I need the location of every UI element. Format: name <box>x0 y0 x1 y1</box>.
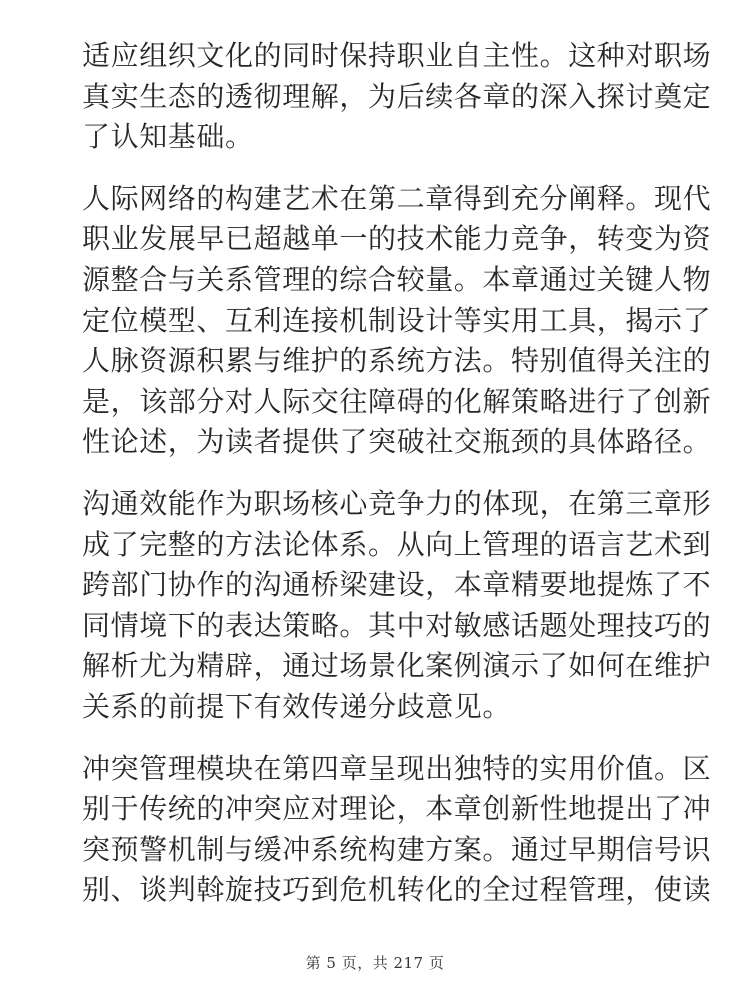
page-indicator: 第 5 页，共 217 页 <box>0 952 750 973</box>
text-line: 适应组织文化的同时保持职业自主性。这种对职场 <box>82 36 672 77</box>
text-line: 成了完整的方法论体系。从向上管理的语言艺术到 <box>82 525 672 566</box>
text-line: 冲突管理模块在第四章呈现出独特的实用价值。区 <box>82 749 672 790</box>
paragraph-4: 冲突管理模块在第四章呈现出独特的实用价值。区 别于传统的冲突应对理论，本章创新性… <box>82 749 672 911</box>
text-line: 人际网络的构建艺术在第二章得到充分阐释。现代 <box>82 179 672 220</box>
paragraph-3: 沟通效能作为职场核心竞争力的体现，在第三章形 成了完整的方法论体系。从向上管理的… <box>82 484 672 728</box>
text-line: 别、谈判斡旋技巧到危机转化的全过程管理，使读 <box>82 870 672 911</box>
text-line: 关系的前提下有效传递分歧意见。 <box>82 687 672 728</box>
text-line: 真实生态的透彻理解，为后续各章的深入探讨奠定 <box>82 77 672 118</box>
text-line: 别于传统的冲突应对理论，本章创新性地提出了冲 <box>82 789 672 830</box>
text-line: 沟通效能作为职场核心竞争力的体现，在第三章形 <box>82 484 672 525</box>
text-line: 是，该部分对人际交往障碍的化解策略进行了创新 <box>82 382 672 423</box>
text-line: 定位模型、互利连接机制设计等实用工具，揭示了 <box>82 301 672 342</box>
document-page: 适应组织文化的同时保持职业自主性。这种对职场 真实生态的透彻理解，为后续各章的深… <box>82 36 672 932</box>
text-line: 突预警机制与缓冲系统构建方案。通过早期信号识 <box>82 830 672 871</box>
text-line: 源整合与关系管理的综合较量。本章通过关键人物 <box>82 260 672 301</box>
text-line: 职业发展早已超越单一的技术能力竞争，转变为资 <box>82 219 672 260</box>
text-line: 解析尤为精辟，通过场景化案例演示了如何在维护 <box>82 646 672 687</box>
paragraph-2: 人际网络的构建艺术在第二章得到充分阐释。现代 职业发展早已超越单一的技术能力竞争… <box>82 179 672 463</box>
text-line: 同情境下的表达策略。其中对敏感话题处理技巧的 <box>82 606 672 647</box>
paragraph-1: 适应组织文化的同时保持职业自主性。这种对职场 真实生态的透彻理解，为后续各章的深… <box>82 36 672 158</box>
text-line: 跨部门协作的沟通桥梁建设，本章精要地提炼了不 <box>82 565 672 606</box>
text-line: 人脉资源积累与维护的系统方法。特别值得关注的 <box>82 341 672 382</box>
text-line: 性论述，为读者提供了突破社交瓶颈的具体路径。 <box>82 422 672 463</box>
text-line: 了认知基础。 <box>82 117 672 158</box>
